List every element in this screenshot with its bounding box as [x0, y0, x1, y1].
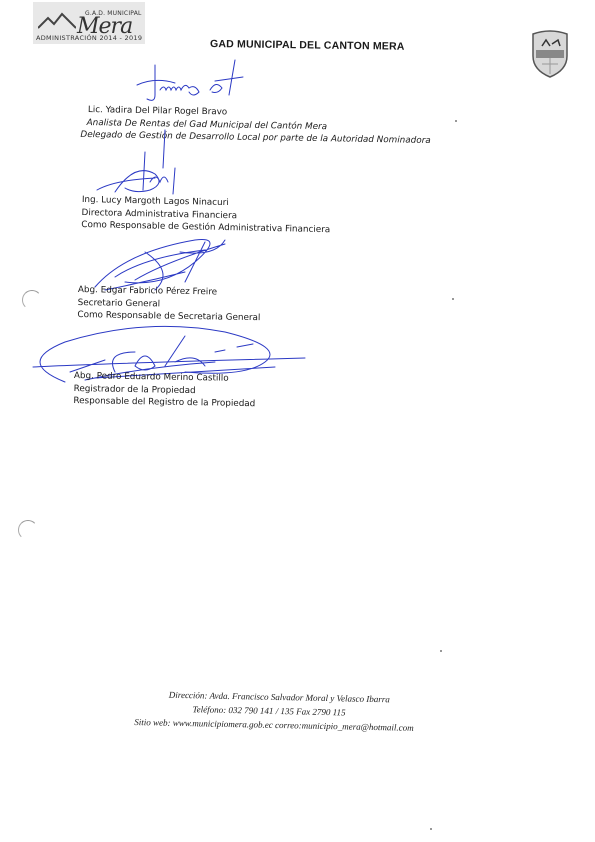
- punch-hole-top: [22, 290, 42, 310]
- signature-3: [85, 232, 235, 292]
- document-title: GAD MUNICIPAL DEL CANTON MERA: [210, 38, 405, 53]
- signatory-3: Abg. Edgar Fabricio Pérez Freire Secreta…: [77, 284, 261, 325]
- punch-hole-bottom: [18, 520, 38, 540]
- municipal-logo: G.A.D. MUNICIPAL Mera ADMINISTRACIÓN 201…: [33, 2, 145, 44]
- speck: [452, 298, 454, 300]
- signature-2: [95, 150, 195, 200]
- signature-1: [135, 55, 245, 110]
- logo-administration: ADMINISTRACIÓN 2014 - 2019: [36, 34, 142, 42]
- speck: [455, 120, 457, 122]
- speck: [440, 650, 442, 652]
- signatory-1: Lic. Yadira Del Pilar Rogel Bravo Analis…: [87, 104, 431, 147]
- document-footer: Dirección: Avda. Francisco Salvador Mora…: [134, 687, 435, 735]
- signatory-2: Ing. Lucy Margoth Lagos Ninacuri Directo…: [81, 194, 331, 237]
- mountain-logo-icon: [38, 12, 76, 30]
- signatory-4-responsibility: Responsable del Registro de la Propiedad: [73, 395, 255, 411]
- municipal-coat-of-arms-icon: [530, 28, 570, 78]
- speck: [430, 828, 432, 830]
- signatory-4: Abg. Pedro Eduardo Merino Castillo Regis…: [73, 370, 256, 411]
